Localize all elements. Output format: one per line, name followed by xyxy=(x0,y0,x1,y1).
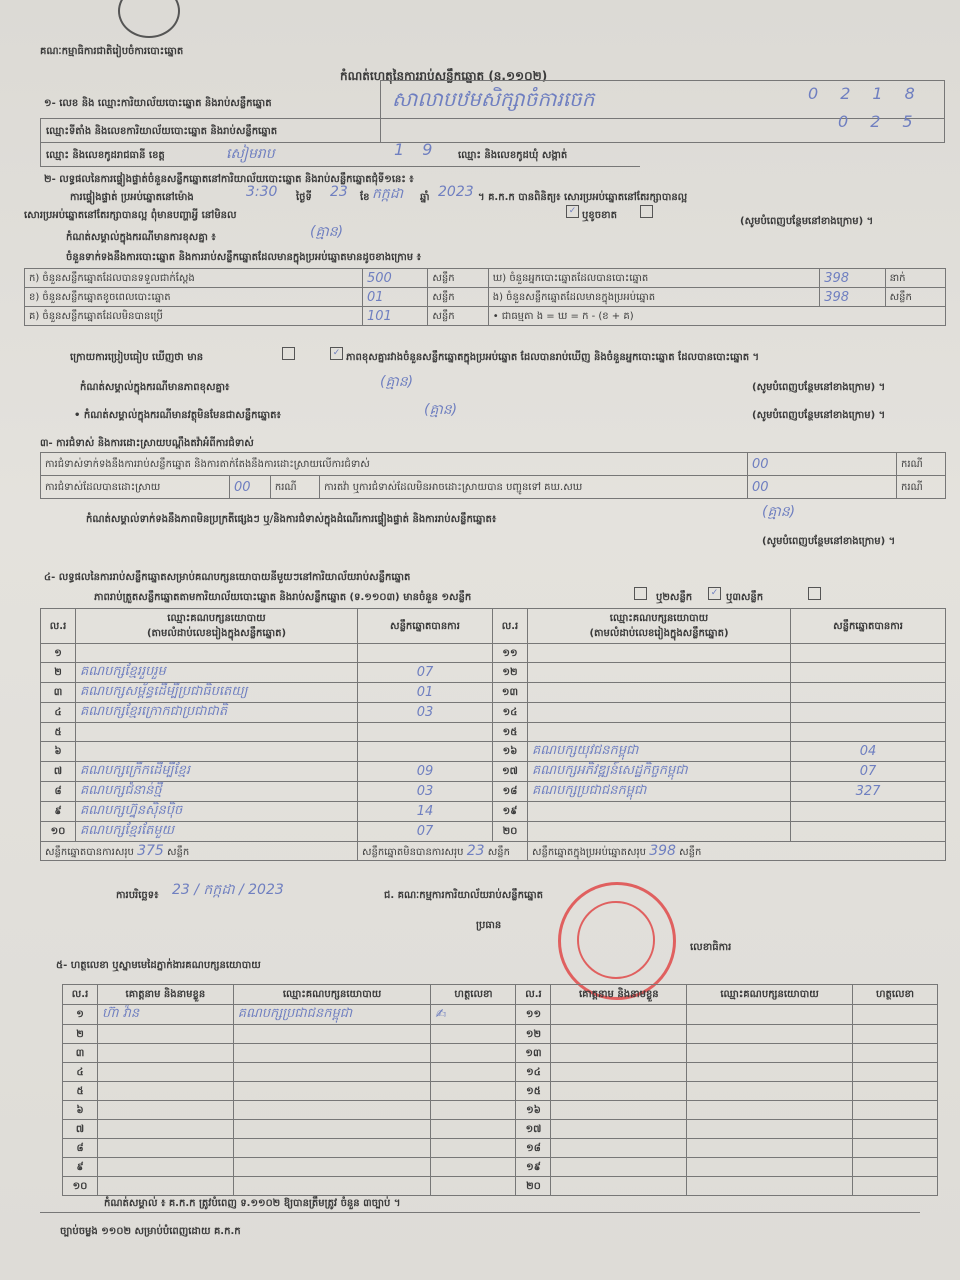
row-no: ១៦ xyxy=(492,742,527,762)
table-row: ៦១៦គណបក្សយុវជនកម្ពុជា04 xyxy=(41,742,946,762)
table-row: ៥១៥ xyxy=(63,1082,938,1101)
party-votes: 14 xyxy=(357,802,492,822)
agent-signature xyxy=(431,1120,516,1139)
notes-label-3: • កំណត់សម្គាល់ក្នុងករណីមានវត្ថុមិនមែនជាស… xyxy=(74,408,281,423)
party-name xyxy=(527,802,790,822)
party-name xyxy=(76,742,358,762)
two-sheets-checkbox[interactable]: ✓ xyxy=(708,587,721,600)
party-name xyxy=(527,723,790,742)
national-emblem-icon xyxy=(118,0,180,38)
agent-party xyxy=(233,1082,431,1101)
resolved-value: 00 xyxy=(230,476,271,499)
seal-bad-label: ឬខូចខាត xyxy=(582,208,617,223)
row-no: ១៥ xyxy=(492,723,527,742)
total-invalid: សន្លឹកឆ្នោតមិនបានការសរុប 23 សន្លឹក xyxy=(357,842,527,861)
agent-signature xyxy=(431,1177,516,1196)
total-valid: សន្លឹកឆ្នោតបានការសរុប 375 សន្លឹក xyxy=(41,842,358,861)
row-no: ១៤ xyxy=(492,703,527,723)
count-d-value: 398 xyxy=(820,269,885,288)
agent-name xyxy=(551,1025,687,1044)
row-no: ៤ xyxy=(63,1063,98,1082)
agent-name xyxy=(551,1177,687,1196)
row-no: ៩ xyxy=(41,802,76,822)
agent-name xyxy=(551,1101,687,1120)
count-a-label: ក) ចំនួនសន្លឹកឆ្នោតដែលបានទទួលជាក់ស្តែង xyxy=(25,269,363,288)
count-c-label: គ) ចំនួនសន្លឹកឆ្នោតដែលមិនបានប្រើ xyxy=(25,307,363,326)
section3-notes-label: កំណត់សម្គាល់ទាក់ទងនឹងភាពមិនប្រក្រតីផ្សេង… xyxy=(86,512,496,527)
agent-name xyxy=(98,1025,234,1044)
agent-party xyxy=(687,1177,853,1196)
province-code: 19 xyxy=(394,140,450,159)
agent-signature xyxy=(431,1044,516,1063)
objections-row1-label: ការជំទាស់ទាក់ទងនឹងការរាប់សន្លឹកឆ្នោត និង… xyxy=(41,453,748,476)
seal-good-checkbox[interactable]: ✓ xyxy=(566,205,579,218)
forwarded-label: ការតវ៉ា ឬការជំទាស់ដែលមិនអាចដោះស្រាយបាន ប… xyxy=(320,476,748,499)
party-name: គណបក្សហ្វ៊ុនស៊ិនប៉ិច xyxy=(76,802,358,822)
row-no: ១៣ xyxy=(492,683,527,703)
col-party: ឈ្មោះគណបក្សនយោបាយ(តាមលំដាប់លេខរៀងក្នុងសន… xyxy=(527,609,790,644)
agent-party xyxy=(233,1158,431,1177)
row-no: ១៧ xyxy=(492,762,527,782)
agent-signature xyxy=(853,1005,938,1025)
count-b-label: ខ) ចំនួនសន្លឹកឆ្នោតខូចពេលបោះឆ្នោត xyxy=(25,288,363,307)
col-sign: ហត្ថលេខា xyxy=(853,985,938,1005)
agent-signature xyxy=(853,1158,938,1177)
row-no: ១៧ xyxy=(516,1120,551,1139)
col-votes: សន្លឹកឆ្នោតបានការ xyxy=(791,609,946,644)
col-name: គោត្តនាម និងនាមខ្លួន xyxy=(551,985,687,1005)
agent-name xyxy=(551,1044,687,1063)
count-a-value: 500 xyxy=(362,269,427,288)
table-row: ៧គណបក្សក្រើកដើម្បីខ្មែរ09១៧គណបក្សអភិវឌ្ឍ… xyxy=(41,762,946,782)
row-no: ១២ xyxy=(492,663,527,683)
table-row: ១០គណបក្សខ្មែរតែមួយ07២០ xyxy=(41,822,946,842)
col-no: ល.រ xyxy=(41,609,76,644)
section3-heading: ៣- ការជំទាស់ និងការដោះស្រាយបណ្តឹងតវ៉ាអំព… xyxy=(40,436,254,451)
row-no: ២០ xyxy=(516,1177,551,1196)
agent-name xyxy=(551,1120,687,1139)
year-label: ឆ្នាំ xyxy=(420,190,430,205)
resolved-label: ការជំទាស់ដែលបានដោះស្រាយ xyxy=(41,476,230,499)
fill-hint-2: (សូមបំពេញបន្ថែមនៅខាងក្រោម) ។ xyxy=(752,380,885,395)
section2-heading: ២- លទ្ធផលនៃការផ្ទៀងផ្ទាត់ចំនួនសន្លឹកឆ្នោ… xyxy=(44,172,414,187)
agent-name xyxy=(98,1101,234,1120)
agent-signature xyxy=(853,1139,938,1158)
commune-label: ឈ្មោះ និងលេខកូដឃុំ សង្កាត់ xyxy=(458,148,567,163)
agent-party xyxy=(233,1063,431,1082)
agent-signature xyxy=(853,1177,938,1196)
table-row: ៦១៦ xyxy=(63,1101,938,1120)
row-no: ១២ xyxy=(516,1025,551,1044)
count-b-value: 01 xyxy=(362,288,427,307)
table-row: ១ហ៊ា វ៉ានគណបក្សប្រជាជនកម្ពុជា✍១១ xyxy=(63,1005,938,1025)
discrepancy-has-checkbox[interactable] xyxy=(282,347,295,360)
row-no: ១១ xyxy=(492,644,527,663)
col-sign: ហត្ថលេខា xyxy=(431,985,516,1005)
forwarded-value: 00 xyxy=(748,476,897,499)
agent-signature xyxy=(431,1158,516,1177)
party-votes: 07 xyxy=(791,762,946,782)
table-row: ១០២០ xyxy=(63,1177,938,1196)
agent-signature: ✍ xyxy=(431,1005,516,1025)
table-row: ៩គណបក្សហ្វ៊ុនស៊ិនប៉ិច14១៩ xyxy=(41,802,946,822)
party-name xyxy=(527,822,790,842)
party-votes xyxy=(791,822,946,842)
party-name xyxy=(527,644,790,663)
col-votes: សន្លឹកឆ្នោតបានការ xyxy=(357,609,492,644)
party-votes: 03 xyxy=(357,703,492,723)
row-no: ១៥ xyxy=(516,1082,551,1101)
count-d-label: ឃ) ចំនួនអ្នកបោះឆ្នោតដែលបានបោះឆ្នោត xyxy=(488,269,819,288)
secretary-label: លេខាធិការ xyxy=(690,940,731,955)
row-no: ១៣ xyxy=(516,1044,551,1063)
row-no: ១៨ xyxy=(492,782,527,802)
row-no: ១៩ xyxy=(492,802,527,822)
party-votes: 07 xyxy=(357,822,492,842)
table-row: ២គណបក្សខ្មែររួបរួម07១២ xyxy=(41,663,946,683)
agent-party xyxy=(687,1101,853,1120)
province-name: សៀមរាប xyxy=(226,144,275,165)
agent-party xyxy=(687,1063,853,1082)
row-no: ៥ xyxy=(41,723,76,742)
agent-party xyxy=(233,1177,431,1196)
row-no: ៥ xyxy=(63,1082,98,1101)
agent-signature xyxy=(853,1063,938,1082)
row-no: ២០ xyxy=(492,822,527,842)
notes-value-2: (គ្មាន) xyxy=(380,372,413,393)
table-row: ៧១៧ xyxy=(63,1120,938,1139)
agent-party xyxy=(233,1025,431,1044)
agent-signature xyxy=(853,1101,938,1120)
count-c-value: 101 xyxy=(362,307,427,326)
check-day: 23 xyxy=(330,184,348,200)
unit: សន្លឹក xyxy=(428,307,488,326)
party-name: គណបក្សសម្ព័ន្ធដើម្បីប្រជាធិបតេយ្យ xyxy=(76,683,358,703)
committee-name: គណៈកម្មាធិការជាតិរៀបចំការបោះឆ្នោត xyxy=(40,44,183,59)
party-votes xyxy=(791,802,946,822)
date-value: 23 / កក្កដា / 2023 xyxy=(172,880,284,901)
date-label: ការបរិច្ឆេទ៖ xyxy=(116,888,158,903)
check-time: 3:30 xyxy=(246,184,277,200)
agent-name xyxy=(551,1005,687,1025)
party-votes: 03 xyxy=(357,782,492,802)
commune-code: 025 xyxy=(838,112,935,131)
form-paper: គណៈកម្មាធិការជាតិរៀបចំការបោះឆ្នោត កំណត់ហ… xyxy=(0,0,960,1280)
agent-party xyxy=(233,1101,431,1120)
discrepancy-tail: ភាពខុសគ្នារវាងចំនួនសន្លឹកឆ្នោតក្នុងប្រអប… xyxy=(346,350,759,365)
row-no: ៧ xyxy=(41,762,76,782)
agent-party xyxy=(233,1044,431,1063)
notes-label-1: កំណត់សម្គាល់ក្នុងករណីមានការខុសគ្នា ៖ xyxy=(66,230,216,245)
counts-table: ក) ចំនួនសន្លឹកឆ្នោតដែលបានទទួលជាក់ស្តែង 5… xyxy=(24,268,946,326)
three-sheets-checkbox[interactable] xyxy=(808,587,821,600)
row-no: ៤ xyxy=(41,703,76,723)
province-label: ឈ្មោះ និងលេខកូដរាជធានី ខេត្ត xyxy=(46,148,165,163)
col-no: ល.រ xyxy=(63,985,98,1005)
formula-note: • ជាធម្មតា ង = ឃ = ក - (ខ + គ) xyxy=(488,307,945,326)
agent-name xyxy=(98,1063,234,1082)
agent-party xyxy=(687,1158,853,1177)
party-name xyxy=(527,663,790,683)
agent-signature xyxy=(431,1025,516,1044)
row-no: ១៤ xyxy=(516,1063,551,1082)
notes-label-2: កំណត់សម្គាល់ក្នុងករណីមានភាពខុសគ្នា៖ xyxy=(80,380,229,395)
seal-line: សោរប្រអប់ឆ្នោតនៅតែរក្សាបានល្អ ពុំមានបញ្ហ… xyxy=(24,208,237,223)
signer-label: ជ. គណៈកម្មការការិយាល័យរាប់សន្លឹកឆ្នោត xyxy=(384,888,543,903)
row-no: ១០ xyxy=(41,822,76,842)
sheets-line: ភាពរាប់ត្រួតសន្លឹកឆ្នោតតាមការិយាល័យបោះឆ្… xyxy=(94,590,471,605)
notes-value-1: (គ្មាន) xyxy=(310,222,343,243)
party-name: គណបក្សខ្មែរតែមួយ xyxy=(76,822,358,842)
discrepancy-line: ក្រោយការប្រៀបធៀប ឃើញថា មាន xyxy=(70,350,203,365)
party-votes: 01 xyxy=(357,683,492,703)
count-e-value: 398 xyxy=(820,288,885,307)
table-row: ១១១ xyxy=(41,644,946,663)
unit: សន្លឹក xyxy=(428,269,488,288)
check-time-prefix: ការផ្ទៀងផ្ទាត់ ប្រអប់ឆ្នោតនៅម៉ោង xyxy=(70,190,194,205)
party-votes: 07 xyxy=(357,663,492,683)
row-no: ៨ xyxy=(63,1139,98,1158)
row-no: ៣ xyxy=(41,683,76,703)
agent-party xyxy=(687,1005,853,1025)
row-no: ១០ xyxy=(63,1177,98,1196)
row-no: ២ xyxy=(41,663,76,683)
agent-name xyxy=(98,1139,234,1158)
agent-party xyxy=(687,1025,853,1044)
agent-party xyxy=(687,1120,853,1139)
objections-row1-value: 00 xyxy=(748,453,897,476)
one-sheet-checkbox[interactable] xyxy=(634,587,647,600)
col-party: ឈ្មោះគណបក្សនយោបាយ(តាមលំដាប់លេខរៀងក្នុងសន… xyxy=(76,609,358,644)
party-name xyxy=(76,723,358,742)
agent-signature xyxy=(431,1063,516,1082)
count-e-label: ង) ចំនួនសន្លឹកឆ្នោតដែលមានក្នុងប្រអប់ឆ្នោ… xyxy=(488,288,819,307)
agent-party xyxy=(687,1044,853,1063)
party-name xyxy=(527,683,790,703)
table-row: ៣១៣ xyxy=(63,1044,938,1063)
check-month: កក្កដា xyxy=(372,184,403,205)
row-no: ៨ xyxy=(41,782,76,802)
month-label: ខែ xyxy=(360,190,370,205)
party-votes xyxy=(791,644,946,663)
agent-signature xyxy=(853,1120,938,1139)
table-row: ២១២ xyxy=(63,1025,938,1044)
party-name: គណបក្សប្រជាជនកម្ពុជា xyxy=(527,782,790,802)
agent-signature xyxy=(853,1044,938,1063)
total-box: សន្លឹកឆ្នោតក្នុងប្រអប់ឆ្នោតសរុប 398 សន្ល… xyxy=(527,842,945,861)
row-no: ២ xyxy=(63,1025,98,1044)
agent-name xyxy=(98,1158,234,1177)
row-no: ៦ xyxy=(63,1101,98,1120)
unit: ករណី xyxy=(897,453,946,476)
agent-signature xyxy=(431,1139,516,1158)
unit: ករណី xyxy=(270,476,319,499)
discrepancy-none-checkbox[interactable]: ✓ xyxy=(330,347,343,360)
agent-name xyxy=(551,1139,687,1158)
agent-name xyxy=(98,1082,234,1101)
table-row: ៩១៩ xyxy=(63,1158,938,1177)
section3-notes-value: (គ្មាន) xyxy=(762,502,795,523)
unit: សន្លឹក xyxy=(428,288,488,307)
row-no: ១៨ xyxy=(516,1139,551,1158)
fill-hint-1: (សូមបំពេញបន្ថែមនៅខាងក្រោម) ។ xyxy=(740,214,873,229)
party-name: គណបក្សខ្មែររួបរួម xyxy=(76,663,358,683)
unit: សន្លឹក xyxy=(885,288,945,307)
table-row: ៥១៥ xyxy=(41,723,946,742)
party-votes: 327 xyxy=(791,782,946,802)
fill-hint-3: (សូមបំពេញបន្ថែមនៅខាងក្រោម) ។ xyxy=(752,408,885,423)
party-votes xyxy=(357,723,492,742)
party-votes: 09 xyxy=(357,762,492,782)
row-no: ១១ xyxy=(516,1005,551,1025)
agent-party xyxy=(233,1139,431,1158)
three-sheets-label: ឬ៣សន្លឹក xyxy=(726,590,763,605)
agent-party xyxy=(233,1120,431,1139)
party-name: គណបក្សក្រើកដើម្បីខ្មែរ xyxy=(76,762,358,782)
day-label: ថ្ងៃទី xyxy=(296,190,312,205)
table-row: ៤១៤ xyxy=(63,1063,938,1082)
official-stamp xyxy=(558,882,676,1000)
agent-name xyxy=(98,1044,234,1063)
agents-table: ល.រ គោត្តនាម និងនាមខ្លួន ឈ្មោះគណបក្សនយោប… xyxy=(62,984,938,1196)
two-sheets-label: ឬ២សន្លឹក xyxy=(656,590,692,605)
chair-label: ប្រធាន xyxy=(476,918,501,933)
section5-heading: ៥- ហត្ថលេខា ឬស្នាមមេដៃភ្នាក់ងារគណបក្សនយោ… xyxy=(56,958,261,973)
party-votes xyxy=(791,723,946,742)
table-row: ៨គណបក្សជំនាន់ថ្មី03១៨គណបក្សប្រជាជនកម្ពុជ… xyxy=(41,782,946,802)
party-votes xyxy=(357,742,492,762)
table-row: ៨១៨ xyxy=(63,1139,938,1158)
form-footer: ច្បាប់ចម្លង ១១០២ សម្រាប់បំពេញដោយ គ.ក.ក xyxy=(60,1224,241,1239)
table-row: ៤គណបក្សខ្មែរក្រោកជាប្រជាជាតិ03១៤ xyxy=(41,703,946,723)
party-name xyxy=(527,703,790,723)
party-votes: 04 xyxy=(791,742,946,762)
party-votes xyxy=(791,663,946,683)
agent-party xyxy=(687,1139,853,1158)
agent-signature xyxy=(431,1082,516,1101)
row-no: ៧ xyxy=(63,1120,98,1139)
agent-name: ហ៊ា វ៉ាន xyxy=(98,1005,234,1025)
row-no: ៩ xyxy=(63,1158,98,1177)
agent-name xyxy=(551,1082,687,1101)
agent-name xyxy=(551,1063,687,1082)
party-name: គណបក្សយុវជនកម្ពុជា xyxy=(527,742,790,762)
col-party: ឈ្មោះគណបក្សនយោបាយ xyxy=(233,985,431,1005)
party-name: គណបក្សអភិវឌ្ឍន៍សេដ្ឋកិច្ចកម្ពុជា xyxy=(527,762,790,782)
section5-footnote: កំណត់សម្គាល់ ៖ គ.ក.ក ត្រូវបំពេញ ទ.១១០២ ឱ… xyxy=(104,1196,400,1211)
party-name: គណបក្សជំនាន់ថ្មី xyxy=(76,782,358,802)
station-label: ឈ្មោះទីតាំង និងលេខការិយាល័យបោះឆ្នោត និងរ… xyxy=(46,124,277,139)
agent-party xyxy=(687,1082,853,1101)
counts-intro: ចំនួនទាក់ទងនឹងការបោះឆ្នោត និងការរាប់សន្ល… xyxy=(66,250,421,265)
section3-fill-hint: (សូមបំពេញបន្ថែមនៅខាងក្រោម) ។ xyxy=(762,534,895,549)
agent-signature xyxy=(853,1082,938,1101)
agent-party: គណបក្សប្រជាជនកម្ពុជា xyxy=(233,1005,431,1025)
check-year: 2023 xyxy=(438,184,474,200)
party-name xyxy=(76,644,358,663)
check-suffix: ។ គ.ក.ក បានពិនិត្យ៖ សោរប្រអប់ឆ្នោតនៅតែរក… xyxy=(478,190,687,205)
party-votes xyxy=(791,683,946,703)
station-name: សាលាបឋមសិក្សាចំការចេក xyxy=(392,86,594,116)
row-no: ៦ xyxy=(41,742,76,762)
agent-signature xyxy=(431,1101,516,1120)
agent-name xyxy=(98,1120,234,1139)
col-no: ល.រ xyxy=(492,609,527,644)
station-code: 0218 xyxy=(808,84,937,103)
notes-value-3: (គ្មាន) xyxy=(424,400,457,421)
objections-table: ការជំទាស់ទាក់ទងនឹងការរាប់សន្លឹកឆ្នោត និង… xyxy=(40,452,946,499)
unit: ករណី xyxy=(897,476,946,499)
agent-name xyxy=(98,1177,234,1196)
col-party: ឈ្មោះគណបក្សនយោបាយ xyxy=(687,985,853,1005)
results-table: ល.រ ឈ្មោះគណបក្សនយោបាយ(តាមលំដាប់លេខរៀងក្ន… xyxy=(40,608,946,861)
row-no: ១៦ xyxy=(516,1101,551,1120)
table-row: ៣គណបក្សសម្ព័ន្ធដើម្បីប្រជាធិបតេយ្យ01១៣ xyxy=(41,683,946,703)
col-name: គោត្តនាម និងនាមខ្លួន xyxy=(98,985,234,1005)
row-no: ៣ xyxy=(63,1044,98,1063)
seal-bad-checkbox[interactable] xyxy=(640,205,653,218)
row-no: ១ xyxy=(41,644,76,663)
col-no: ល.រ xyxy=(516,985,551,1005)
party-votes xyxy=(357,644,492,663)
party-name: គណបក្សខ្មែរក្រោកជាប្រជាជាតិ xyxy=(76,703,358,723)
row-no: ១៩ xyxy=(516,1158,551,1177)
agent-signature xyxy=(853,1025,938,1044)
agent-name xyxy=(551,1158,687,1177)
party-votes xyxy=(791,703,946,723)
unit: នាក់ xyxy=(885,269,945,288)
row-no: ១ xyxy=(63,1005,98,1025)
section4-heading: ៤- លទ្ធផលនៃការរាប់សន្លឹកឆ្នោតសម្រាប់គណបក… xyxy=(44,570,410,585)
